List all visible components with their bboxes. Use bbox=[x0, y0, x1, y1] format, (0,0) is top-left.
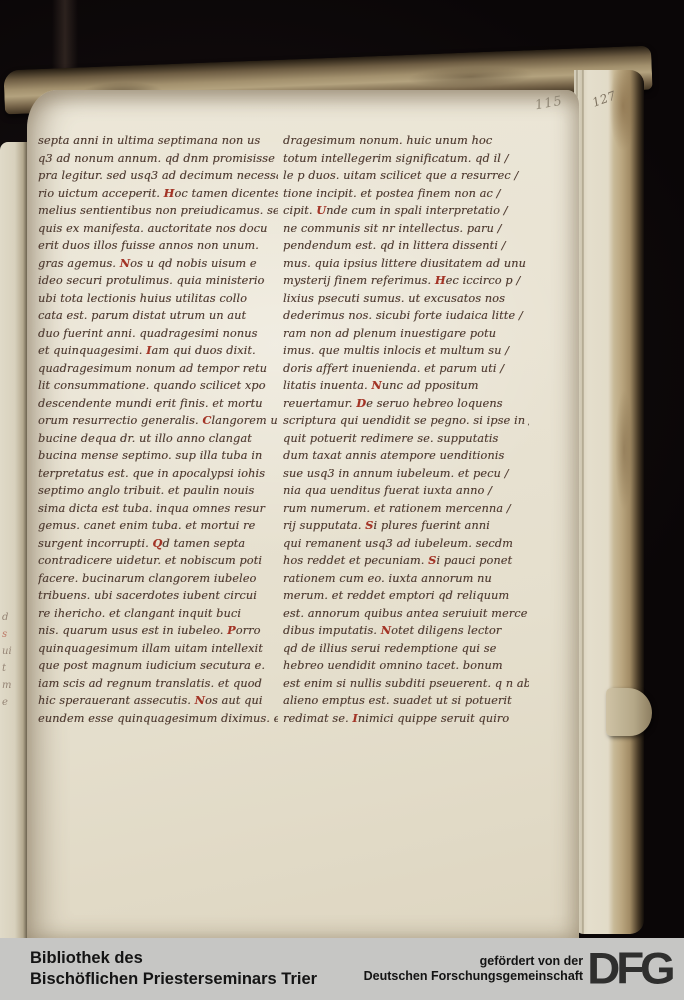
manuscript-text-line: melius sentientibus non preiudicamus. se… bbox=[38, 202, 278, 220]
manuscript-text-line: hos reddet et pecuniam. Si pauci ponet bbox=[283, 552, 529, 570]
manuscript-text-line: doris affert inuenienda. et parum uti / bbox=[283, 360, 529, 378]
manuscript-text-line: bucine dequa dr. ut illo anno clangat bbox=[38, 430, 278, 448]
fore-edge-stain bbox=[610, 70, 636, 190]
library-name-line2: Bischöflichen Priesterseminars Trier bbox=[30, 969, 317, 990]
manuscript-text-line: terpretatus est. que in apocalypsi iohis bbox=[38, 465, 278, 483]
rubricated-initial: H bbox=[435, 273, 446, 287]
manuscript-text-line: alieno emptus est. suadet ut si potuerit bbox=[283, 692, 529, 710]
manuscript-scan-view: d s ui t m e 127 115 septa anni in ultim… bbox=[0, 0, 684, 938]
manuscript-text-line: orum resurrectio generalis. Clangorem u bbox=[38, 412, 278, 430]
rubricated-initial: D bbox=[356, 396, 366, 410]
manuscript-text-line: rum numerum. et rationem mercenna / bbox=[283, 500, 529, 518]
manuscript-text-line: facere. bucinarum clangorem iubeleo bbox=[38, 570, 278, 588]
rubricated-initial: C bbox=[202, 413, 211, 427]
rubricated-initial: I bbox=[352, 711, 357, 725]
viewer-footer: Bibliothek des Bischöflichen Priestersem… bbox=[0, 938, 684, 1000]
manuscript-text-line: nis. quarum usus est in iubeleo. Porro bbox=[38, 622, 278, 640]
manuscript-text-line: ram non ad plenum inuestigare potu bbox=[283, 325, 529, 343]
manuscript-text-line: est enim si nullis subditi pseuerent. q … bbox=[283, 675, 529, 693]
manuscript-text-line: tione incipit. et postea finem non ac / bbox=[283, 185, 529, 203]
library-name: Bibliothek des Bischöflichen Priestersem… bbox=[30, 948, 317, 990]
manuscript-text-line: totum intellegerim significatum. qd il / bbox=[283, 150, 529, 168]
manuscript-text-line: quinquagesimum illam uitam intellexit bbox=[38, 640, 278, 658]
manuscript-text-line: bucina mense septimo. sup illa tuba in bbox=[38, 447, 278, 465]
facing-page-text-fragment: ui bbox=[2, 646, 24, 657]
rubricated-initial: I bbox=[146, 343, 151, 357]
manuscript-text-line: septimo anglo tribuit. et paulin nouis bbox=[38, 482, 278, 500]
manuscript-text-line: cata est. parum distat utrum un aut bbox=[38, 307, 278, 325]
rubricated-initial: N bbox=[381, 623, 391, 637]
manuscript-text-line: et quinquagesimi. Iam qui duos dixit. bbox=[38, 342, 278, 360]
rubricated-initial: S bbox=[365, 518, 373, 532]
facing-page-sliver: d s ui t m e bbox=[0, 142, 27, 938]
manuscript-text-line: lixius psecuti sumus. ut excusatos nos bbox=[283, 290, 529, 308]
manuscript-text-line: duo fuerint anni. quadragesimi nonus bbox=[38, 325, 278, 343]
manuscript-text-line: quit potuerit redimere se. supputatis bbox=[283, 430, 529, 448]
manuscript-text-line: redimat se. Inimici quippe seruit quiro bbox=[283, 710, 529, 728]
manuscript-text-line: scriptura qui uendidit se pegno. si ipse… bbox=[283, 412, 529, 430]
manuscript-text-line: eundem esse quinquagesimum diximus. et q… bbox=[38, 710, 278, 728]
manuscript-text-line: le p duos. uitam scilicet que a resurrec… bbox=[283, 167, 529, 185]
rubricated-initial: P bbox=[227, 623, 236, 637]
manuscript-text-line: mysterij finem referimus. Hec iccirco p … bbox=[283, 272, 529, 290]
facing-page-text-fragment: m bbox=[2, 680, 24, 691]
manuscript-text-line: ubi tota lectionis huius utilitas collo bbox=[38, 290, 278, 308]
manuscript-text-line: quadragesimum nonum ad tempor retu bbox=[38, 360, 278, 378]
funding-credit-line2: Deutschen Forschungsgemeinschaft bbox=[364, 969, 584, 984]
manuscript-text-line: reuertamur. De seruo hebreo loquens bbox=[283, 395, 529, 413]
manuscript-page: 115 septa anni in ultima septimana non u… bbox=[27, 90, 579, 938]
facing-page-text-fragment: s bbox=[2, 629, 24, 640]
manuscript-text-line: ideo securi protulimus. quia ministerio bbox=[38, 272, 278, 290]
manuscript-text-line: que post magnum iudicium secutura e. bbox=[38, 657, 278, 675]
manuscript-text-line: mus. quia ipsius littere diusitatem ad u… bbox=[283, 255, 529, 273]
rubricated-initial: S bbox=[428, 553, 436, 567]
manuscript-text-line: surgent incorrupti. Qd tamen septa bbox=[38, 535, 278, 553]
facing-page-text-fragment: e bbox=[2, 697, 24, 708]
manuscript-text-line: gemus. canet enim tuba. et mortui re bbox=[38, 517, 278, 535]
rubricated-initial: U bbox=[316, 203, 326, 217]
manuscript-text-line: sue usq3 in annum iubeleum. et pecu / bbox=[283, 465, 529, 483]
manuscript-text-line: dum taxat annis atempore uenditionis bbox=[283, 447, 529, 465]
manuscript-text-line: iam scis ad regnum translatis. et quod bbox=[38, 675, 278, 693]
manuscript-text-line: dederimus nos. sicubi forte iudaica litt… bbox=[283, 307, 529, 325]
manuscript-text-line: hic sperauerant assecutis. Nos aut qui bbox=[38, 692, 278, 710]
manuscript-text-line: cipit. Unde cum in spali interpretatio / bbox=[283, 202, 529, 220]
manuscript-text-line: hebreo uendidit omnino tacet. bonum bbox=[283, 657, 529, 675]
manuscript-text-line: merum. et reddet emptori qd reliquum bbox=[283, 587, 529, 605]
fore-edge-stain bbox=[614, 370, 634, 530]
manuscript-text-line: est. annorum quibus antea seruiuit merce bbox=[283, 605, 529, 623]
manuscript-text-line: tribuens. ubi sacerdotes iubent circui bbox=[38, 587, 278, 605]
manuscript-text-line: qd de illius serui redemptione qui se bbox=[283, 640, 529, 658]
facing-page-text-fragment: d bbox=[2, 612, 24, 623]
facing-page-text-fragment: t bbox=[2, 663, 24, 674]
manuscript-text-line: re ihericho. et clangant inquit buci bbox=[38, 605, 278, 623]
rubricated-initial: Q bbox=[152, 536, 162, 550]
manuscript-text-line: septa anni in ultima septimana non us bbox=[38, 132, 278, 150]
rubricated-initial: N bbox=[195, 693, 205, 707]
rubricated-initial: H bbox=[164, 186, 175, 200]
manuscript-text-line: erit duos illos fuisse annos non unum. bbox=[38, 237, 278, 255]
rubricated-initial: N bbox=[371, 378, 381, 392]
manuscript-text-line: rio uictum acceperit. Hoc tamen dicentes bbox=[38, 185, 278, 203]
manuscript-text-line: q3 ad nonum annum. qd dnm promisisse su bbox=[38, 150, 278, 168]
manuscript-text-line: lit consummatione. quando scilicet xpo bbox=[38, 377, 278, 395]
manuscript-text-line: litatis inuenta. Nunc ad ppositum bbox=[283, 377, 529, 395]
dfg-logo: DFG bbox=[587, 947, 675, 992]
manuscript-text-line: gras agemus. Nos u qd nobis uisum e bbox=[38, 255, 278, 273]
manuscript-text-line: dibus imputatis. Notet diligens lector bbox=[283, 622, 529, 640]
manuscript-text-line: ne communis sit nr intellectus. paru / bbox=[283, 220, 529, 238]
manuscript-right-column: dragesimum nonum. huic unum hoctotum int… bbox=[283, 132, 529, 727]
pencil-folio-number: 115 bbox=[534, 94, 564, 114]
manuscript-text-line: contradicere uidetur. et nobiscum poti bbox=[38, 552, 278, 570]
manuscript-text-line: rationem cum eo. iuxta annorum nu bbox=[283, 570, 529, 588]
manuscript-text-line: imus. que multis inlocis et multum su / bbox=[283, 342, 529, 360]
manuscript-text-line: pra legitur. sed usq3 ad decimum necessa bbox=[38, 167, 278, 185]
manuscript-text-line: descendente mundi erit finis. et mortu bbox=[38, 395, 278, 413]
fore-edge-page-stack: 127 bbox=[574, 70, 644, 934]
manuscript-text-line: rij supputata. Si plures fuerint anni bbox=[283, 517, 529, 535]
manuscript-text-line: pendendum est. qd in littera dissenti / bbox=[283, 237, 529, 255]
manuscript-text-line: qui remanent usq3 ad iubeleum. secdm bbox=[283, 535, 529, 553]
funding-credit: gefördert von der Deutschen Forschungsge… bbox=[364, 954, 590, 984]
manuscript-left-column: septa anni in ultima septimana non usq3 … bbox=[38, 132, 278, 727]
manuscript-text-line: nia qua uenditus fuerat iuxta anno / bbox=[283, 482, 529, 500]
manuscript-text-line: quis ex manifesta. auctoritate nos docu bbox=[38, 220, 278, 238]
library-name-line1: Bibliothek des bbox=[30, 948, 317, 969]
manuscript-text-line: dragesimum nonum. huic unum hoc bbox=[283, 132, 529, 150]
rubricated-initial: N bbox=[120, 256, 130, 270]
funding-credit-line1: gefördert von der bbox=[364, 954, 584, 969]
manuscript-text-line: sima dicta est tuba. inqua omnes resur bbox=[38, 500, 278, 518]
parchment-repair-tab bbox=[606, 688, 652, 736]
